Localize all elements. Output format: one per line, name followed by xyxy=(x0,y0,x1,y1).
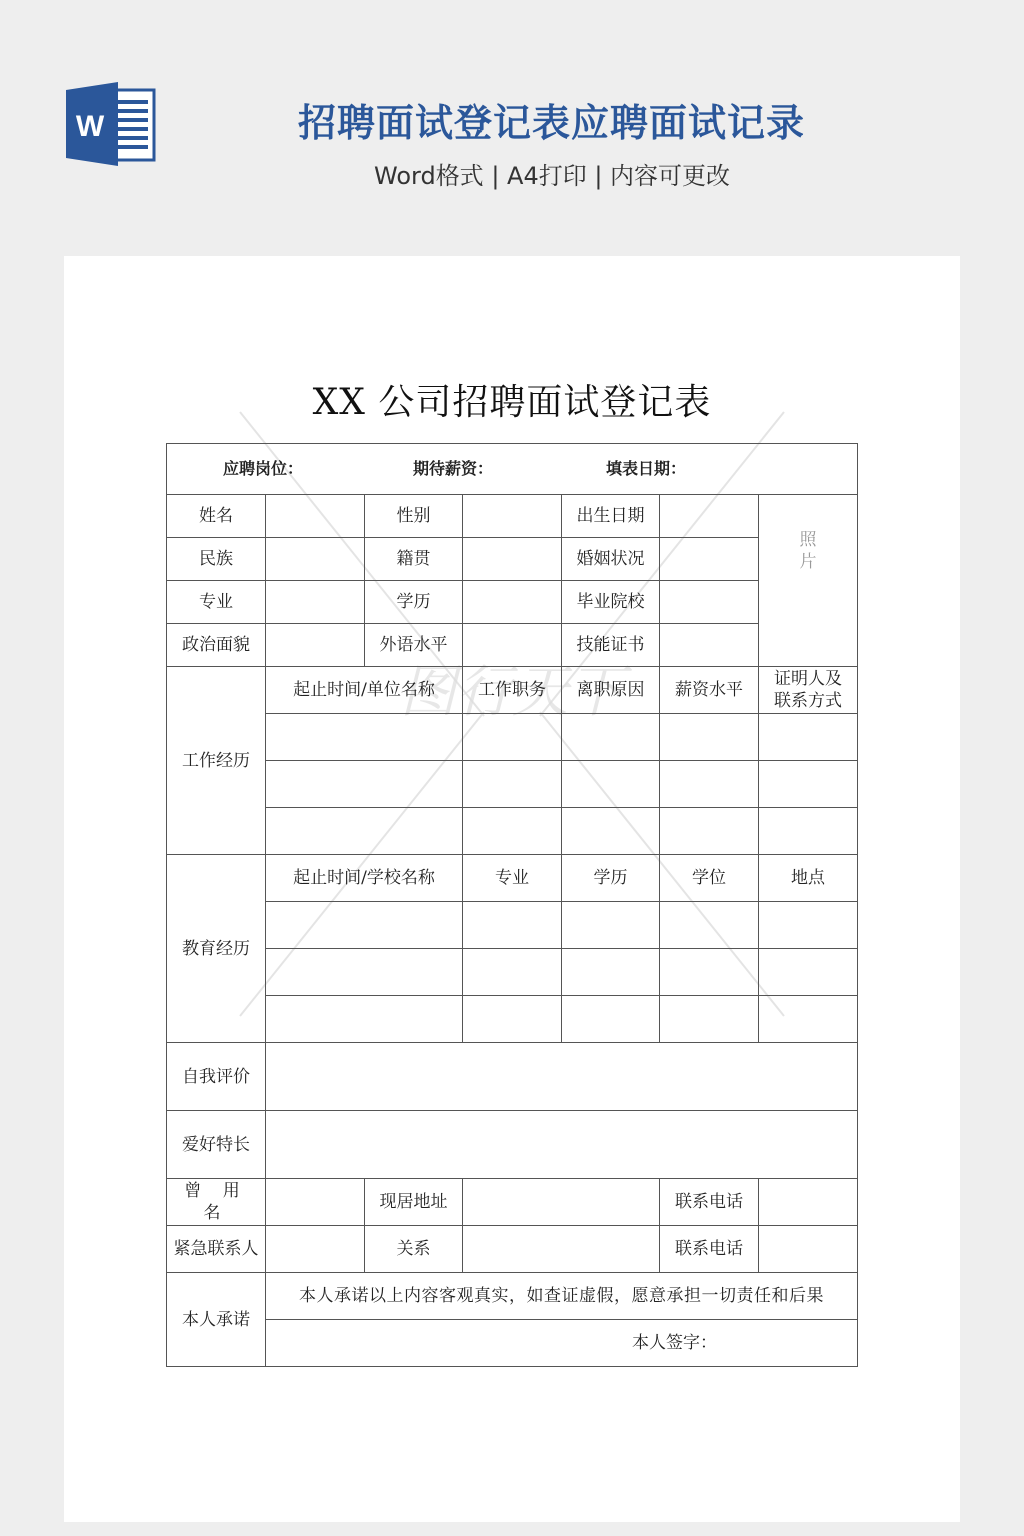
edu-location-input[interactable] xyxy=(759,949,858,996)
work-history-row xyxy=(167,808,858,855)
phone-label: 联系电话 xyxy=(660,1179,759,1226)
work-position-input[interactable] xyxy=(463,714,562,761)
basic-info-row: 政治面貌 外语水平 技能证书 xyxy=(167,624,858,667)
work-period-input[interactable] xyxy=(266,761,463,808)
former-name-input[interactable] xyxy=(266,1179,365,1226)
work-period-input[interactable] xyxy=(266,714,463,761)
emergency-contact-input[interactable] xyxy=(266,1226,365,1273)
registration-form: 应聘岗位： 期待薪资： 填表日期： 姓名 性别 出生日期 照 片 民族 籍贯 婚… xyxy=(166,443,858,1367)
education-row xyxy=(167,902,858,949)
work-period-input[interactable] xyxy=(266,808,463,855)
education-label: 教育经历 xyxy=(167,855,266,1043)
signature-field[interactable]: 本人签字： xyxy=(266,1320,858,1367)
major-label: 专业 xyxy=(167,581,266,624)
work-col-reference: 证明人及 联系方式 xyxy=(759,667,858,714)
edu-period-input[interactable] xyxy=(266,996,463,1043)
native-place-input[interactable] xyxy=(463,538,562,581)
political-status-input[interactable] xyxy=(266,624,365,667)
work-col-salary: 薪资水平 xyxy=(660,667,759,714)
basic-info-row: 民族 籍贯 婚姻状况 xyxy=(167,538,858,581)
language-level-input[interactable] xyxy=(463,624,562,667)
form-header-row: 应聘岗位： 期待薪资： 填表日期： xyxy=(167,444,858,495)
edu-level-input[interactable] xyxy=(562,902,660,949)
political-status-label: 政治面貌 xyxy=(167,624,266,667)
edu-location-input[interactable] xyxy=(759,996,858,1043)
signature-row: 本人签字： xyxy=(167,1320,858,1367)
work-history-row xyxy=(167,761,858,808)
work-leave-reason-input[interactable] xyxy=(562,808,660,855)
edu-period-input[interactable] xyxy=(266,949,463,996)
hobbies-label: 爱好特长 xyxy=(167,1111,266,1179)
edu-major-input[interactable] xyxy=(463,949,562,996)
former-name-label: 曾 用 名 xyxy=(167,1179,266,1226)
work-salary-input[interactable] xyxy=(660,714,759,761)
work-reference-input[interactable] xyxy=(759,808,858,855)
expected-salary-field-label[interactable]: 期待薪资： xyxy=(413,458,606,480)
major-input[interactable] xyxy=(266,581,365,624)
native-place-label: 籍贯 xyxy=(365,538,463,581)
marital-status-input[interactable] xyxy=(660,538,759,581)
self-evaluation-row: 自我评价 xyxy=(167,1043,858,1111)
position-field-label[interactable]: 应聘岗位： xyxy=(223,458,413,480)
work-history-label: 工作经历 xyxy=(167,667,266,855)
education-level-input[interactable] xyxy=(463,581,562,624)
language-level-label: 外语水平 xyxy=(365,624,463,667)
edu-col-location: 地点 xyxy=(759,855,858,902)
work-leave-reason-input[interactable] xyxy=(562,714,660,761)
work-history-row xyxy=(167,714,858,761)
document-title: XX 公司招聘面试登记表 xyxy=(64,374,960,425)
graduate-school-label: 毕业院校 xyxy=(562,581,660,624)
banner-header: W 招聘面试登记表应聘面试记录 Word格式 | A4打印 | 内容可更改 xyxy=(0,0,1024,256)
gender-label: 性别 xyxy=(365,495,463,538)
banner-title: 招聘面试登记表应聘面试记录 xyxy=(298,92,818,147)
emergency-phone-label: 联系电话 xyxy=(660,1226,759,1273)
edu-degree-input[interactable] xyxy=(660,902,759,949)
pledge-row: 本人承诺 本人承诺以上内容客观真实，如查证虚假，愿意承担一切责任和后果 xyxy=(167,1273,858,1320)
edu-col-period-school: 起止时间/学校名称 xyxy=(266,855,463,902)
work-col-reference-line1: 证明人及 xyxy=(759,668,857,690)
education-header-row: 教育经历 起止时间/学校名称 专业 学历 学位 地点 xyxy=(167,855,858,902)
birth-date-label: 出生日期 xyxy=(562,495,660,538)
education-row xyxy=(167,996,858,1043)
edu-period-input[interactable] xyxy=(266,902,463,949)
birth-date-input[interactable] xyxy=(660,495,759,538)
address-label: 现居地址 xyxy=(365,1179,463,1226)
edu-col-major: 专业 xyxy=(463,855,562,902)
work-col-position: 工作职务 xyxy=(463,667,562,714)
photo-label-1: 照 xyxy=(759,529,857,551)
name-input[interactable] xyxy=(266,495,365,538)
work-leave-reason-input[interactable] xyxy=(562,761,660,808)
pledge-label: 本人承诺 xyxy=(167,1273,266,1367)
edu-major-input[interactable] xyxy=(463,996,562,1043)
work-col-reference-line2: 联系方式 xyxy=(759,690,857,712)
self-evaluation-label: 自我评价 xyxy=(167,1043,266,1111)
former-name-row: 曾 用 名 现居地址 联系电话 xyxy=(167,1179,858,1226)
edu-level-input[interactable] xyxy=(562,949,660,996)
phone-input[interactable] xyxy=(759,1179,858,1226)
relation-input[interactable] xyxy=(463,1226,660,1273)
pledge-text: 本人承诺以上内容客观真实，如查证虚假，愿意承担一切责任和后果 xyxy=(266,1273,858,1320)
skill-certificate-label: 技能证书 xyxy=(562,624,660,667)
edu-level-input[interactable] xyxy=(562,996,660,1043)
relation-label: 关系 xyxy=(365,1226,463,1273)
emergency-contact-label: 紧急联系人 xyxy=(167,1226,266,1273)
work-salary-input[interactable] xyxy=(660,808,759,855)
edu-col-degree: 学位 xyxy=(660,855,759,902)
photo-label-2: 片 xyxy=(759,551,857,573)
ethnicity-label: 民族 xyxy=(167,538,266,581)
work-col-period-company: 起止时间/单位名称 xyxy=(266,667,463,714)
marital-status-label: 婚姻状况 xyxy=(562,538,660,581)
graduate-school-input[interactable] xyxy=(660,581,759,624)
fill-date-field-label[interactable]: 填表日期： xyxy=(606,458,686,480)
work-reference-input[interactable] xyxy=(759,761,858,808)
edu-degree-input[interactable] xyxy=(660,949,759,996)
work-position-input[interactable] xyxy=(463,808,562,855)
ethnicity-input[interactable] xyxy=(266,538,365,581)
work-reference-input[interactable] xyxy=(759,714,858,761)
work-history-header-row: 工作经历 起止时间/单位名称 工作职务 离职原因 薪资水平 证明人及 联系方式 xyxy=(167,667,858,714)
word-icon: W xyxy=(66,82,156,166)
work-col-leave-reason: 离职原因 xyxy=(562,667,660,714)
gender-input[interactable] xyxy=(463,495,562,538)
work-position-input[interactable] xyxy=(463,761,562,808)
edu-major-input[interactable] xyxy=(463,902,562,949)
basic-info-row: 专业 学历 毕业院校 xyxy=(167,581,858,624)
basic-info-row: 姓名 性别 出生日期 照 片 xyxy=(167,495,858,538)
hobbies-input[interactable] xyxy=(266,1111,858,1179)
name-label: 姓名 xyxy=(167,495,266,538)
edu-degree-input[interactable] xyxy=(660,996,759,1043)
photo-box[interactable]: 照 片 xyxy=(759,495,858,667)
svg-text:W: W xyxy=(76,110,105,143)
skill-certificate-input[interactable] xyxy=(660,624,759,667)
banner-subtitle: Word格式 | A4打印 | 内容可更改 xyxy=(374,156,730,191)
education-row xyxy=(167,949,858,996)
education-level-label: 学历 xyxy=(365,581,463,624)
emergency-contact-row: 紧急联系人 关系 联系电话 xyxy=(167,1226,858,1273)
address-input[interactable] xyxy=(463,1179,660,1226)
work-salary-input[interactable] xyxy=(660,761,759,808)
edu-col-level: 学历 xyxy=(562,855,660,902)
edu-location-input[interactable] xyxy=(759,902,858,949)
self-evaluation-input[interactable] xyxy=(266,1043,858,1111)
hobbies-row: 爱好特长 xyxy=(167,1111,858,1179)
emergency-phone-input[interactable] xyxy=(759,1226,858,1273)
document-page: 图行天下 XX 公司招聘面试登记表 应聘岗位： 期待薪资： 填表日期： 姓名 性… xyxy=(64,256,960,1522)
